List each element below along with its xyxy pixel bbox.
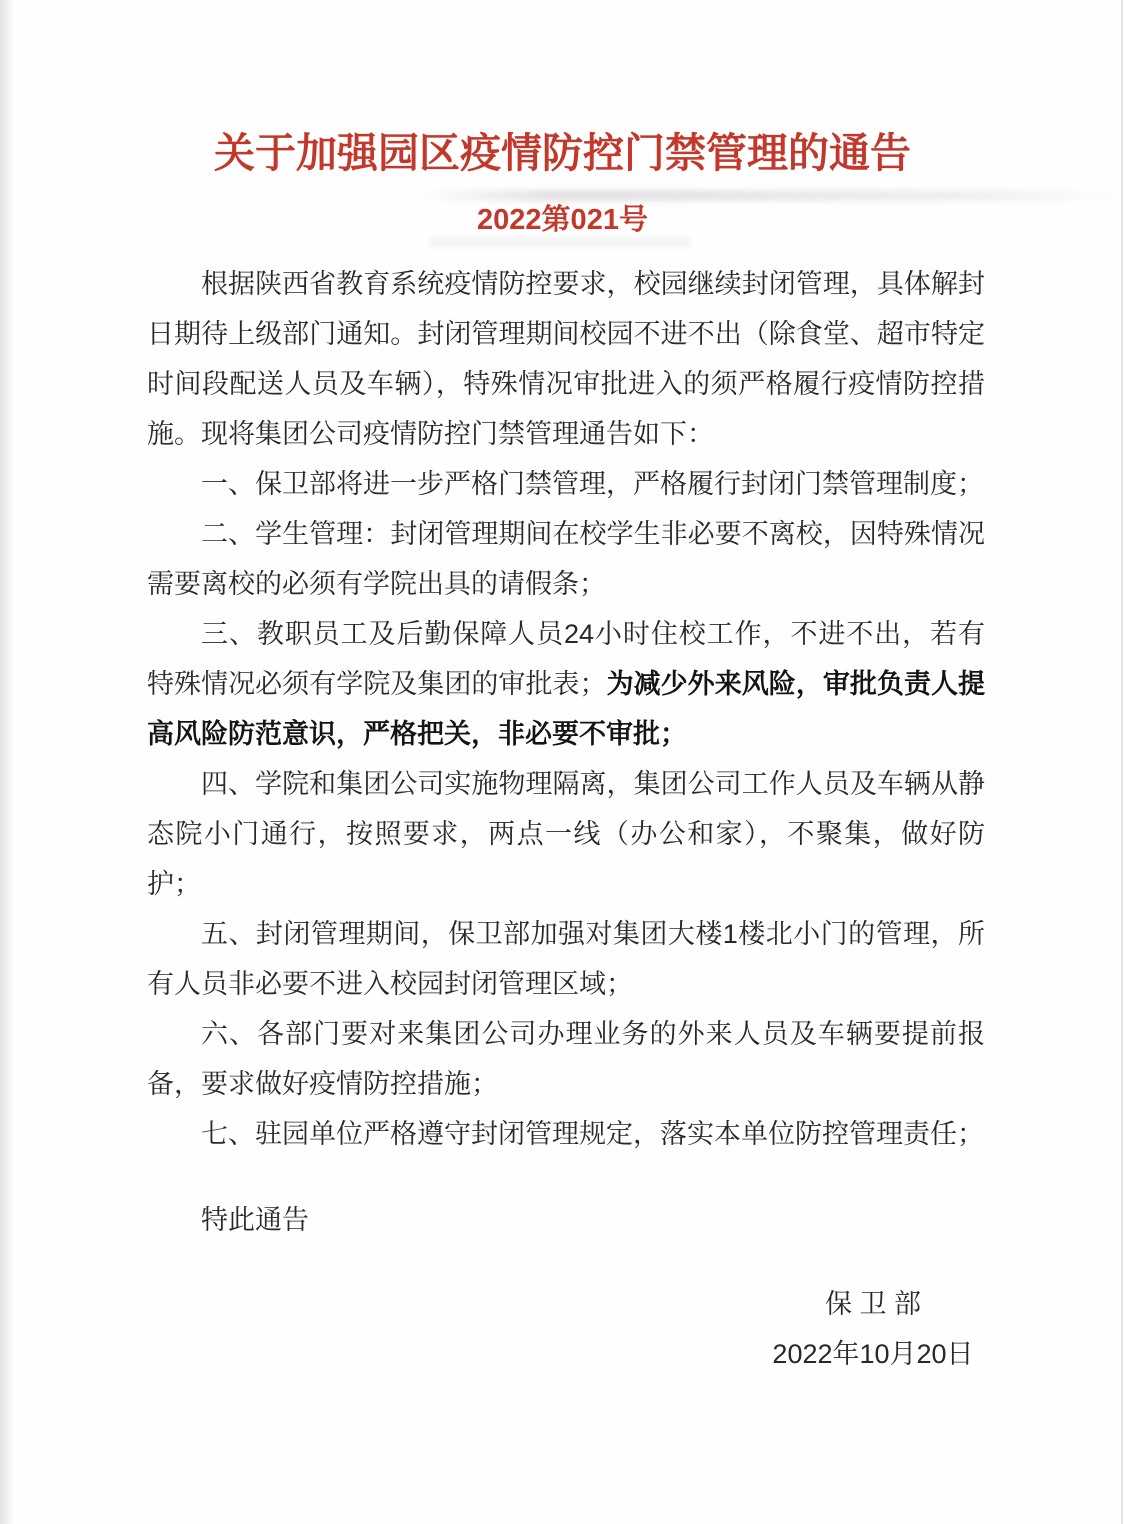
notice-page: 关于加强园区疫情防控门禁管理的通告 2022第021号 根据陕西省教育系统疫情防… <box>0 0 1125 1524</box>
signature-date: 2022年10月20日 <box>761 1329 985 1379</box>
scan-artifact-under-docnumber <box>430 239 690 246</box>
item-2: 二、学生管理：封闭管理期间在校学生非必要不离校，因特殊情况需要离校的必须有学院出… <box>147 509 985 609</box>
signature-block: 保 卫 部 2022年10月20日 <box>761 1279 985 1379</box>
item-7: 七、驻园单位严格遵守封闭管理规定，落实本单位防控管理责任； <box>147 1109 985 1159</box>
closing-line: 特此通告 <box>147 1195 985 1245</box>
item-4: 四、学院和集团公司实施物理隔离，集团公司工作人员及车辆从静态院小门通行，按照要求… <box>147 759 985 909</box>
item-5: 五、封闭管理期间，保卫部加强对集团大楼1楼北小门的管理，所有人员非必要不进入校园… <box>147 909 985 1009</box>
signature-department: 保 卫 部 <box>761 1279 985 1329</box>
notice-title: 关于加强园区疫情防控门禁管理的通告 <box>70 128 1055 179</box>
doc-number: 2022第021号 <box>0 197 1125 238</box>
notice-body: 根据陕西省教育系统疫情防控要求，校园继续封闭管理，具体解封日期待上级部门通知。封… <box>147 259 985 1379</box>
item-6: 六、各部门要对来集团公司办理业务的外来人员及车辆要提前报备，要求做好疫情防控措施… <box>147 1009 985 1109</box>
item-3: 三、教职员工及后勤保障人员24小时住校工作，不进不出，若有特殊情况必须有学院及集… <box>147 609 985 759</box>
intro-paragraph: 根据陕西省教育系统疫情防控要求，校园继续封闭管理，具体解封日期待上级部门通知。封… <box>147 259 985 459</box>
item-1: 一、保卫部将进一步严格门禁管理，严格履行封闭门禁管理制度； <box>147 459 985 509</box>
